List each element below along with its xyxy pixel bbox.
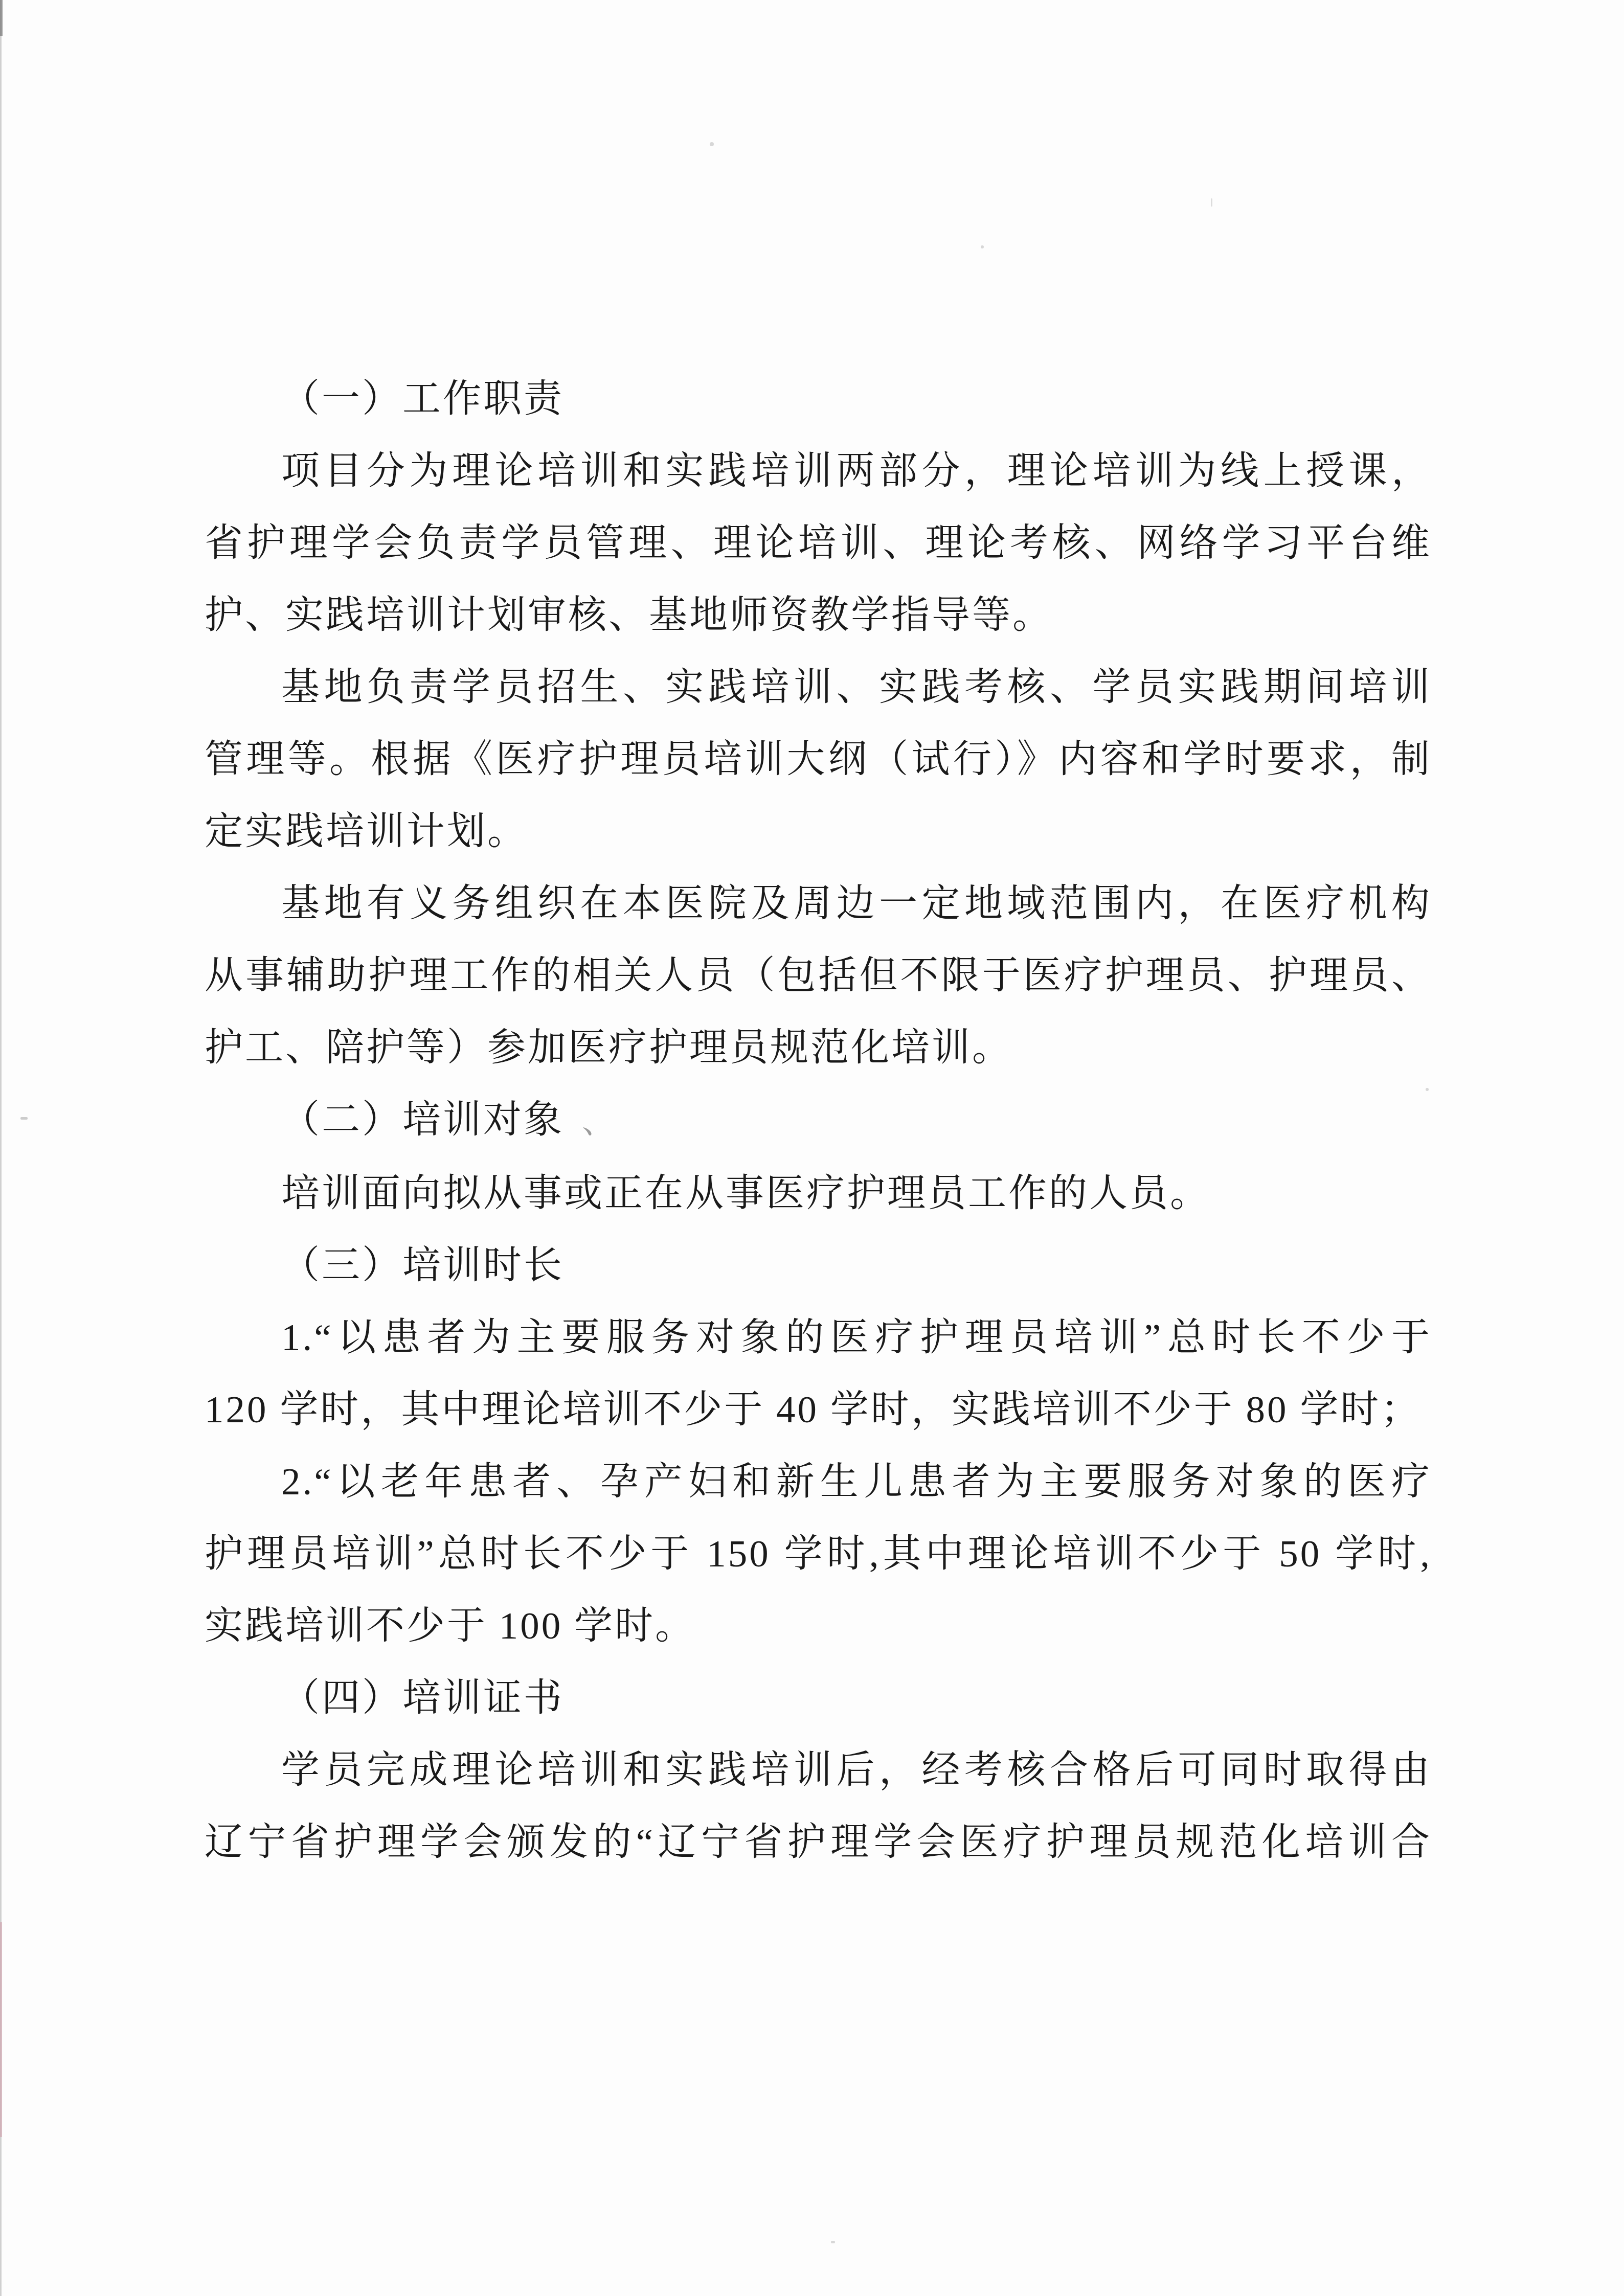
- scan-speck: [710, 142, 714, 146]
- text-line: 基地有义务组织在本医院及周边一定地域范围内，在医疗机构: [205, 868, 1432, 940]
- text-line: 从事辅助护理工作的相关人员（包括但不限于医疗护理员、护理员、: [205, 940, 1432, 1012]
- scan-speck: [831, 2241, 835, 2243]
- text-line: 实践培训不少于 100 学时。: [205, 1590, 1432, 1662]
- text-line: 培训面向拟从事或正在从事医疗护理员工作的人员。: [205, 1157, 1432, 1230]
- section-heading: （二）培训对象、: [205, 1084, 1432, 1157]
- scan-speck: [1211, 198, 1212, 207]
- section-heading: （一）工作职责: [205, 363, 1432, 435]
- text-line: 定实践培训计划。: [205, 795, 1432, 868]
- text-line: 管理等。根据《医疗护理员培训大纲（试行）》内容和学时要求，制: [205, 723, 1432, 795]
- scan-edge-pink-segment: [0, 1922, 2, 2137]
- scan-artifact-mark: 、: [564, 1103, 615, 1140]
- text-line: 护、实践培训计划审核、基地师资教学指导等。: [205, 579, 1432, 651]
- paragraph: 学员完成理论培训和实践培训后，经考核合格后可同时取得由辽宁省护理学会颁发的“辽宁…: [205, 1734, 1432, 1878]
- section-heading: （四）培训证书: [205, 1662, 1432, 1734]
- paragraph: 2.“以老年患者、孕产妇和新生儿患者为主要服务对象的医疗护理员培训”总时长不少于…: [205, 1446, 1432, 1662]
- text-line: 学员完成理论培训和实践培训后，经考核合格后可同时取得由: [205, 1734, 1432, 1806]
- paragraph: 基地负责学员招生、实践培训、实践考核、学员实践期间培训管理等。根据《医疗护理员培…: [205, 651, 1432, 868]
- text-line: 1.“以患者为主要服务对象的医疗护理员培训”总时长不少于: [205, 1302, 1432, 1374]
- text-line: 省护理学会负责学员管理、理论培训、理论考核、网络学习平台维: [205, 507, 1432, 579]
- text-line: （二）培训对象、: [205, 1084, 1432, 1157]
- text-line: 120 学时，其中理论培训不少于 40 学时，实践培训不少于 80 学时；: [205, 1374, 1432, 1446]
- text-line: 辽宁省护理学会颁发的“辽宁省护理学会医疗护理员规范化培训合: [205, 1806, 1432, 1878]
- text-line: （一）工作职责: [205, 363, 1432, 435]
- section-heading: （三）培训时长: [205, 1230, 1432, 1302]
- paragraph: 基地有义务组织在本医院及周边一定地域范围内，在医疗机构从事辅助护理工作的相关人员…: [205, 868, 1432, 1084]
- scan-speck: [20, 1117, 28, 1120]
- document-body: （一）工作职责项目分为理论培训和实践培训两部分，理论培训为线上授课，省护理学会负…: [205, 363, 1432, 1878]
- text-line: 基地负责学员招生、实践培训、实践考核、学员实践期间培训: [205, 651, 1432, 723]
- scan-edge-dark-segment: [0, 0, 3, 36]
- paragraph: 培训面向拟从事或正在从事医疗护理员工作的人员。: [205, 1157, 1432, 1230]
- text-line: （四）培训证书: [205, 1662, 1432, 1734]
- text-line: 项目分为理论培训和实践培训两部分，理论培训为线上授课，: [205, 435, 1432, 507]
- paragraph: 项目分为理论培训和实践培训两部分，理论培训为线上授课，省护理学会负责学员管理、理…: [205, 435, 1432, 651]
- paragraph: 1.“以患者为主要服务对象的医疗护理员培训”总时长不少于120 学时，其中理论培…: [205, 1302, 1432, 1446]
- document-page: （一）工作职责项目分为理论培训和实践培训两部分，理论培训为线上授课，省护理学会负…: [0, 0, 1624, 2296]
- text-line: （三）培训时长: [205, 1230, 1432, 1302]
- text-line: 2.“以老年患者、孕产妇和新生儿患者为主要服务对象的医疗: [205, 1446, 1432, 1518]
- scan-speck: [981, 245, 984, 248]
- text-line: 护工、陪护等）参加医疗护理员规范化培训。: [205, 1012, 1432, 1084]
- text-line: 护理员培训”总时长不少于 150 学时,其中理论培训不少于 50 学时,: [205, 1518, 1432, 1590]
